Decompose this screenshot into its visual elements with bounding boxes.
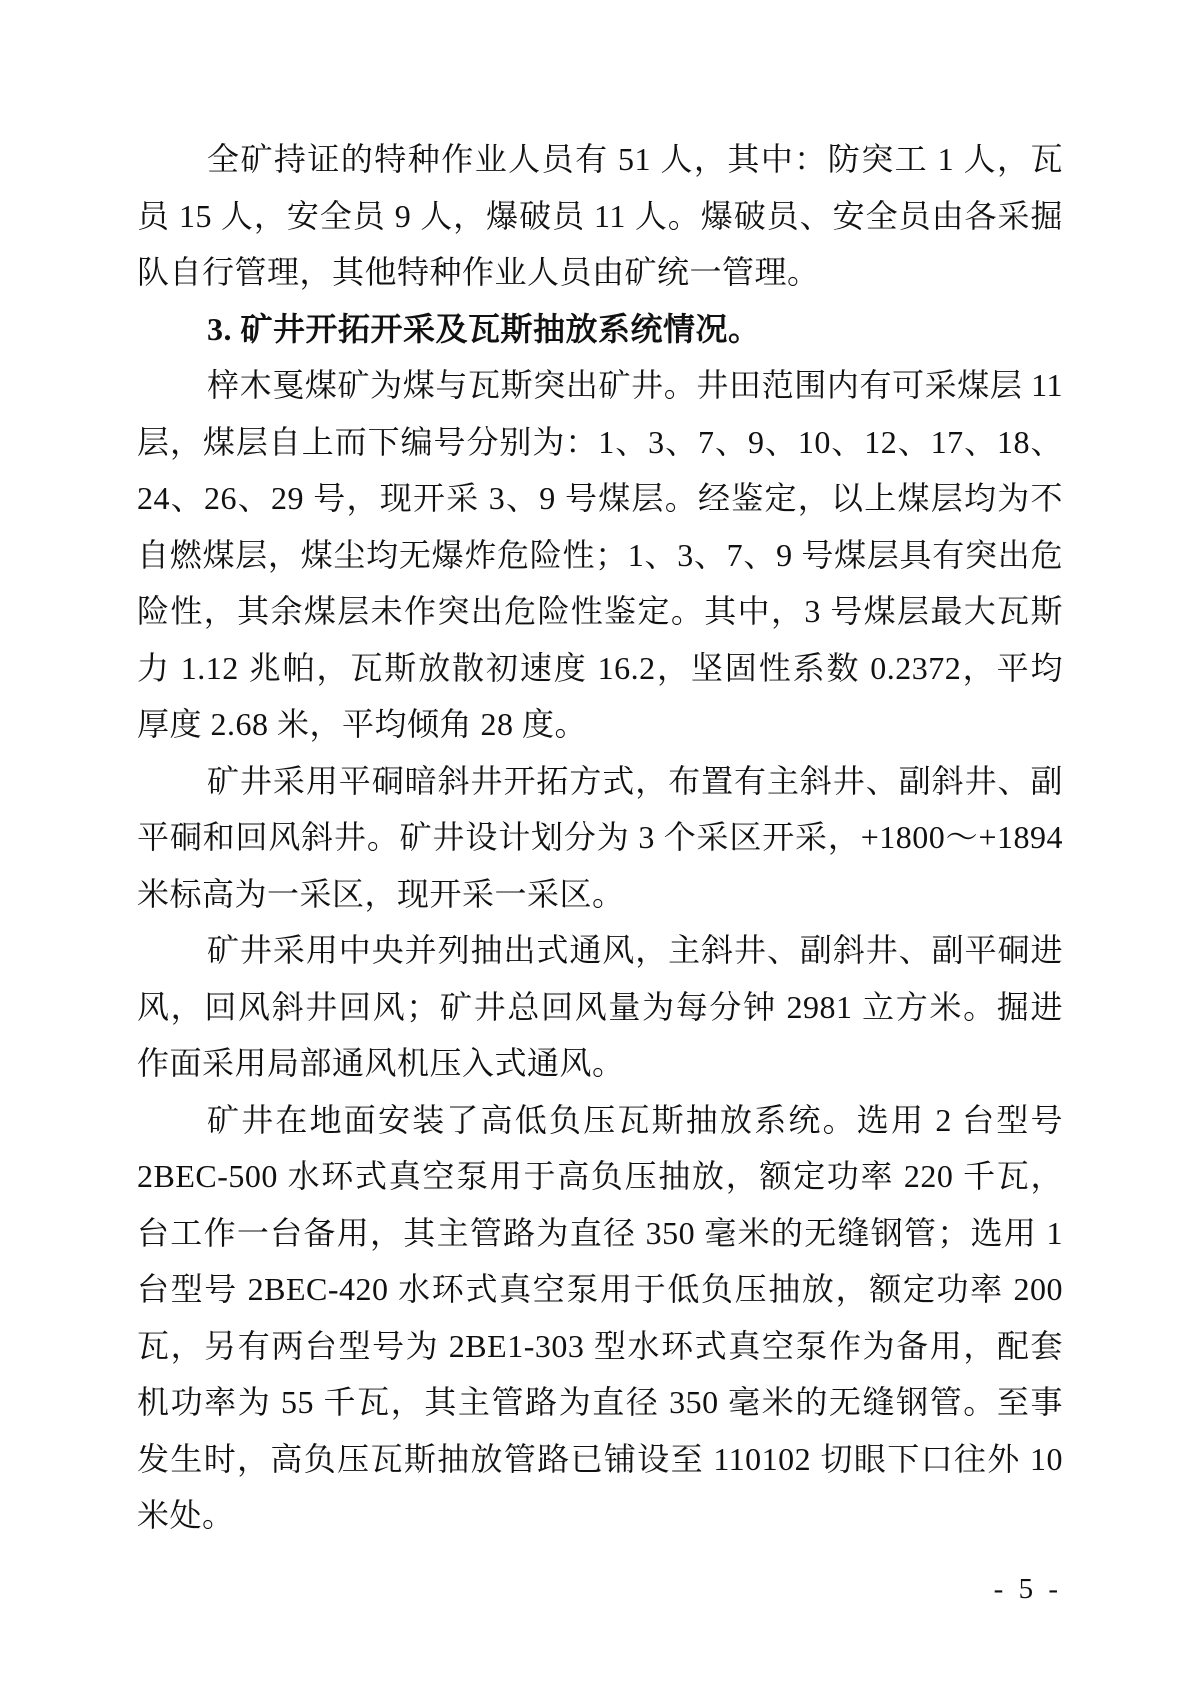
- text-line: 自燃煤层，煤尘均无爆炸危险性；1、3、7、9 号煤层具有突出危: [137, 527, 1063, 584]
- text-line: 矿井采用平硐暗斜井开拓方式，布置有主斜井、副斜井、副: [137, 753, 1063, 810]
- page-number: - 5 -: [994, 1572, 1062, 1606]
- text-line: 米标高为一采区，现开采一采区。: [137, 866, 1063, 923]
- text-line: 平硐和回风斜井。矿井设计划分为 3 个采区开采，+1800～+1894: [137, 809, 1063, 866]
- text-line: 米处。: [137, 1487, 1063, 1544]
- text-line: 矿井在地面安装了高低负压瓦斯抽放系统。选用 2 台型号: [137, 1092, 1063, 1149]
- text-line: 作面采用局部通风机压入式通风。: [137, 1035, 1063, 1092]
- text-line: 台型号 2BEC-420 水环式真空泵用于低负压抽放，额定功率 200 千: [137, 1261, 1063, 1318]
- text-line: 瓦，另有两台型号为 2BE1-303 型水环式真空泵作为备用，配套电: [137, 1318, 1063, 1375]
- section-heading: 3. 矿井开拓开采及瓦斯抽放系统情况。: [137, 301, 1063, 358]
- text-line: 员 15 人，安全员 9 人，爆破员 11 人。爆破员、安全员由各采掘: [137, 188, 1063, 245]
- text-line: 队自行管理，其他特种作业人员由矿统一管理。: [137, 244, 1063, 301]
- text-line: 厚度 2.68 米，平均倾角 28 度。: [137, 696, 1063, 753]
- text-line: 全矿持证的特种作业人员有 51 人，其中：防突工 1 人，瓦检: [137, 131, 1063, 188]
- text-line: 矿井采用中央并列抽出式通风，主斜井、副斜井、副平硐进: [137, 922, 1063, 979]
- text-line: 机功率为 55 千瓦，其主管路为直径 350 毫米的无缝钢管。至事故: [137, 1374, 1063, 1431]
- text-line: 风，回风斜井回风；矿井总回风量为每分钟 2981 立方米。掘进工: [137, 979, 1063, 1036]
- text-line: 层，煤层自上而下编号分别为：1、3、7、9、10、12、17、18、: [137, 414, 1063, 471]
- text-line: 2BEC-500 水环式真空泵用于高负压抽放，额定功率 220 千瓦，一: [137, 1148, 1063, 1205]
- text-line: 力 1.12 兆帕，瓦斯放散初速度 16.2，坚固性系数 0.2372，平均: [137, 640, 1063, 697]
- text-line: 发生时，高负压瓦斯抽放管路已铺设至 110102 切眼下口往外 10: [137, 1431, 1063, 1488]
- document-page: 全矿持证的特种作业人员有 51 人，其中：防突工 1 人，瓦检员 15 人，安全…: [0, 0, 1199, 1696]
- text-line: 梓木戛煤矿为煤与瓦斯突出矿井。井田范围内有可采煤层 11: [137, 357, 1063, 414]
- text-line: 险性，其余煤层未作突出危险性鉴定。其中，3 号煤层最大瓦斯压: [137, 583, 1063, 640]
- text-line: 24、26、29 号，现开采 3、9 号煤层。经鉴定，以上煤层均为不易: [137, 470, 1063, 527]
- document-text-block: 全矿持证的特种作业人员有 51 人，其中：防突工 1 人，瓦检员 15 人，安全…: [137, 131, 1063, 1544]
- text-line: 台工作一台备用，其主管路为直径 350 毫米的无缝钢管；选用 1: [137, 1205, 1063, 1262]
